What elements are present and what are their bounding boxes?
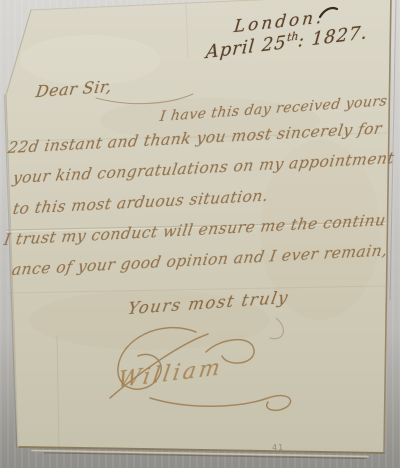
letter-text-layer: London. April 25th: 1827. Dear Sir, I ha…: [0, 0, 400, 468]
closing-line: Yours most truly: [126, 288, 290, 319]
salutation: Dear Sir,: [35, 77, 114, 102]
signature: William: [116, 355, 225, 394]
letter-photograph: London. April 25th: 1827. Dear Sir, I ha…: [0, 0, 400, 468]
body-line-2: 22d instant and thank you most sincerely…: [7, 119, 384, 157]
pencil-annotation: 41: [272, 443, 284, 452]
body-line-6: ance of your good opinion and I ever rem…: [11, 241, 390, 279]
date-prefix: April 25: [205, 32, 288, 63]
body-line-4: to this most arduous situation.: [12, 187, 270, 219]
body-line-3: your kind congratulations on my appointm…: [12, 149, 396, 187]
